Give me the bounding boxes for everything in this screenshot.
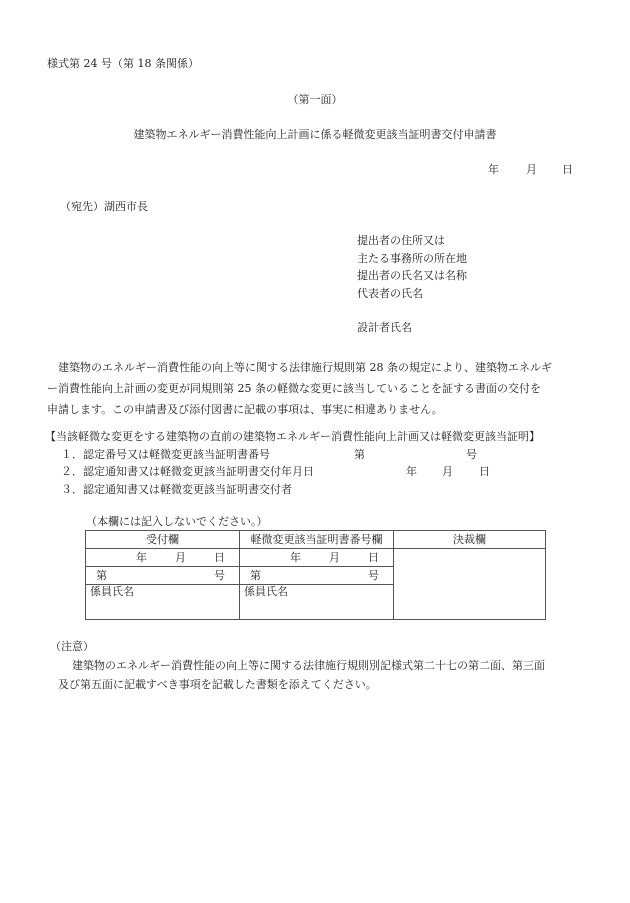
- notes-line-2: 及び第五面に記載すべき事項を記載した書類を添えてください。: [50, 675, 545, 694]
- number-prefix: 第: [354, 446, 365, 464]
- year-label: 年: [136, 551, 147, 565]
- designer-name-label: 設計者氏名: [357, 319, 412, 337]
- office-use-note: （本欄には記入しないでください。）: [86, 515, 268, 529]
- month-label: 月: [442, 463, 453, 481]
- notes-line-1: 建築物のエネルギー消費性能の向上等に関する法律施行規則別記様式第二十七の第二面、…: [50, 656, 545, 675]
- item-label: ３．認定通知書又は軽微変更該当証明書交付者: [61, 483, 292, 496]
- addressee: （宛先）湖西市長: [60, 200, 148, 214]
- day-label: 日: [214, 551, 225, 565]
- office-use-table: 受付欄 軽微変更該当証明書番号欄 決裁欄 年 月 日 年 月 日 第 号 第 号…: [85, 530, 546, 620]
- date-month: 月: [526, 163, 537, 177]
- previous-cert-number: １．認定番号又は軽微変更該当証明書番号 第 号: [47, 446, 540, 464]
- month-label: 月: [329, 551, 340, 565]
- application-statement: 建築物のエネルギー消費性能の向上等に関する法律施行規則第 28 条の規定により、…: [47, 357, 587, 420]
- cert-number: 第 号: [240, 567, 394, 585]
- notes-heading: （注意）: [50, 637, 545, 656]
- face-label: （第一面）: [0, 93, 630, 107]
- applicant-address-label-1: 提出者の住所又は: [357, 232, 445, 250]
- number-suffix: 号: [466, 446, 477, 464]
- reception-number: 第 号: [86, 567, 240, 585]
- reception-staff: 係員氏名: [86, 585, 240, 620]
- year-label: 年: [290, 551, 301, 565]
- item-label: １．認定番号又は軽微変更該当証明書番号: [61, 448, 270, 461]
- cert-number-header: 軽微変更該当証明書番号欄: [240, 531, 394, 549]
- statement-line-2: ー消費性能向上計画の変更が同規則第 25 条の軽微な変更に該当していることを証す…: [47, 378, 587, 399]
- document-title: 建築物エネルギー消費性能向上計画に係る軽微変更該当証明書交付申請書: [0, 128, 630, 142]
- reception-date: 年 月 日: [86, 549, 240, 567]
- cert-date: 年 月 日: [240, 549, 394, 567]
- item-label: ２．認定通知書又は軽微変更該当証明書交付年月日: [61, 465, 314, 478]
- year-label: 年: [406, 463, 417, 481]
- date-day: 日: [562, 163, 573, 177]
- month-label: 月: [175, 551, 186, 565]
- approval-header: 決裁欄: [394, 531, 546, 549]
- applicant-address-label-2: 主たる事務所の所在地: [357, 250, 467, 268]
- approval-cell: [394, 549, 546, 620]
- form-number: 様式第 24 号（第 18 条関係）: [47, 57, 199, 71]
- section-heading: 【当該軽微な変更をする建築物の直前の建築物エネルギー消費性能向上計画又は軽微変更…: [45, 428, 540, 446]
- cert-staff: 係員氏名: [240, 585, 394, 620]
- representative-name-label: 代表者の氏名: [357, 285, 423, 303]
- notes-section: （注意） 建築物のエネルギー消費性能の向上等に関する法律施行規則別記様式第二十七…: [50, 637, 545, 694]
- statement-line-1: 建築物のエネルギー消費性能の向上等に関する法律施行規則第 28 条の規定により、…: [47, 357, 587, 378]
- previous-cert-date: ２．認定通知書又は軽微変更該当証明書交付年月日 年 月 日: [47, 463, 540, 481]
- reception-header: 受付欄: [86, 531, 240, 549]
- previous-plan-section: 【当該軽微な変更をする建築物の直前の建築物エネルギー消費性能向上計画又は軽微変更…: [47, 428, 540, 498]
- applicant-name-label: 提出者の氏名又は名称: [357, 267, 467, 285]
- number-prefix: 第: [96, 569, 107, 583]
- day-label: 日: [368, 551, 379, 565]
- date-year: 年: [488, 163, 499, 177]
- number-prefix: 第: [250, 569, 261, 583]
- number-suffix: 号: [368, 569, 379, 583]
- previous-cert-issuer: ３．認定通知書又は軽微変更該当証明書交付者: [47, 481, 540, 499]
- number-suffix: 号: [214, 569, 225, 583]
- statement-line-3: 申請します。この申請書及び添付図書に記載の事項は、事実に相違ありません。: [47, 399, 587, 420]
- day-label: 日: [479, 463, 490, 481]
